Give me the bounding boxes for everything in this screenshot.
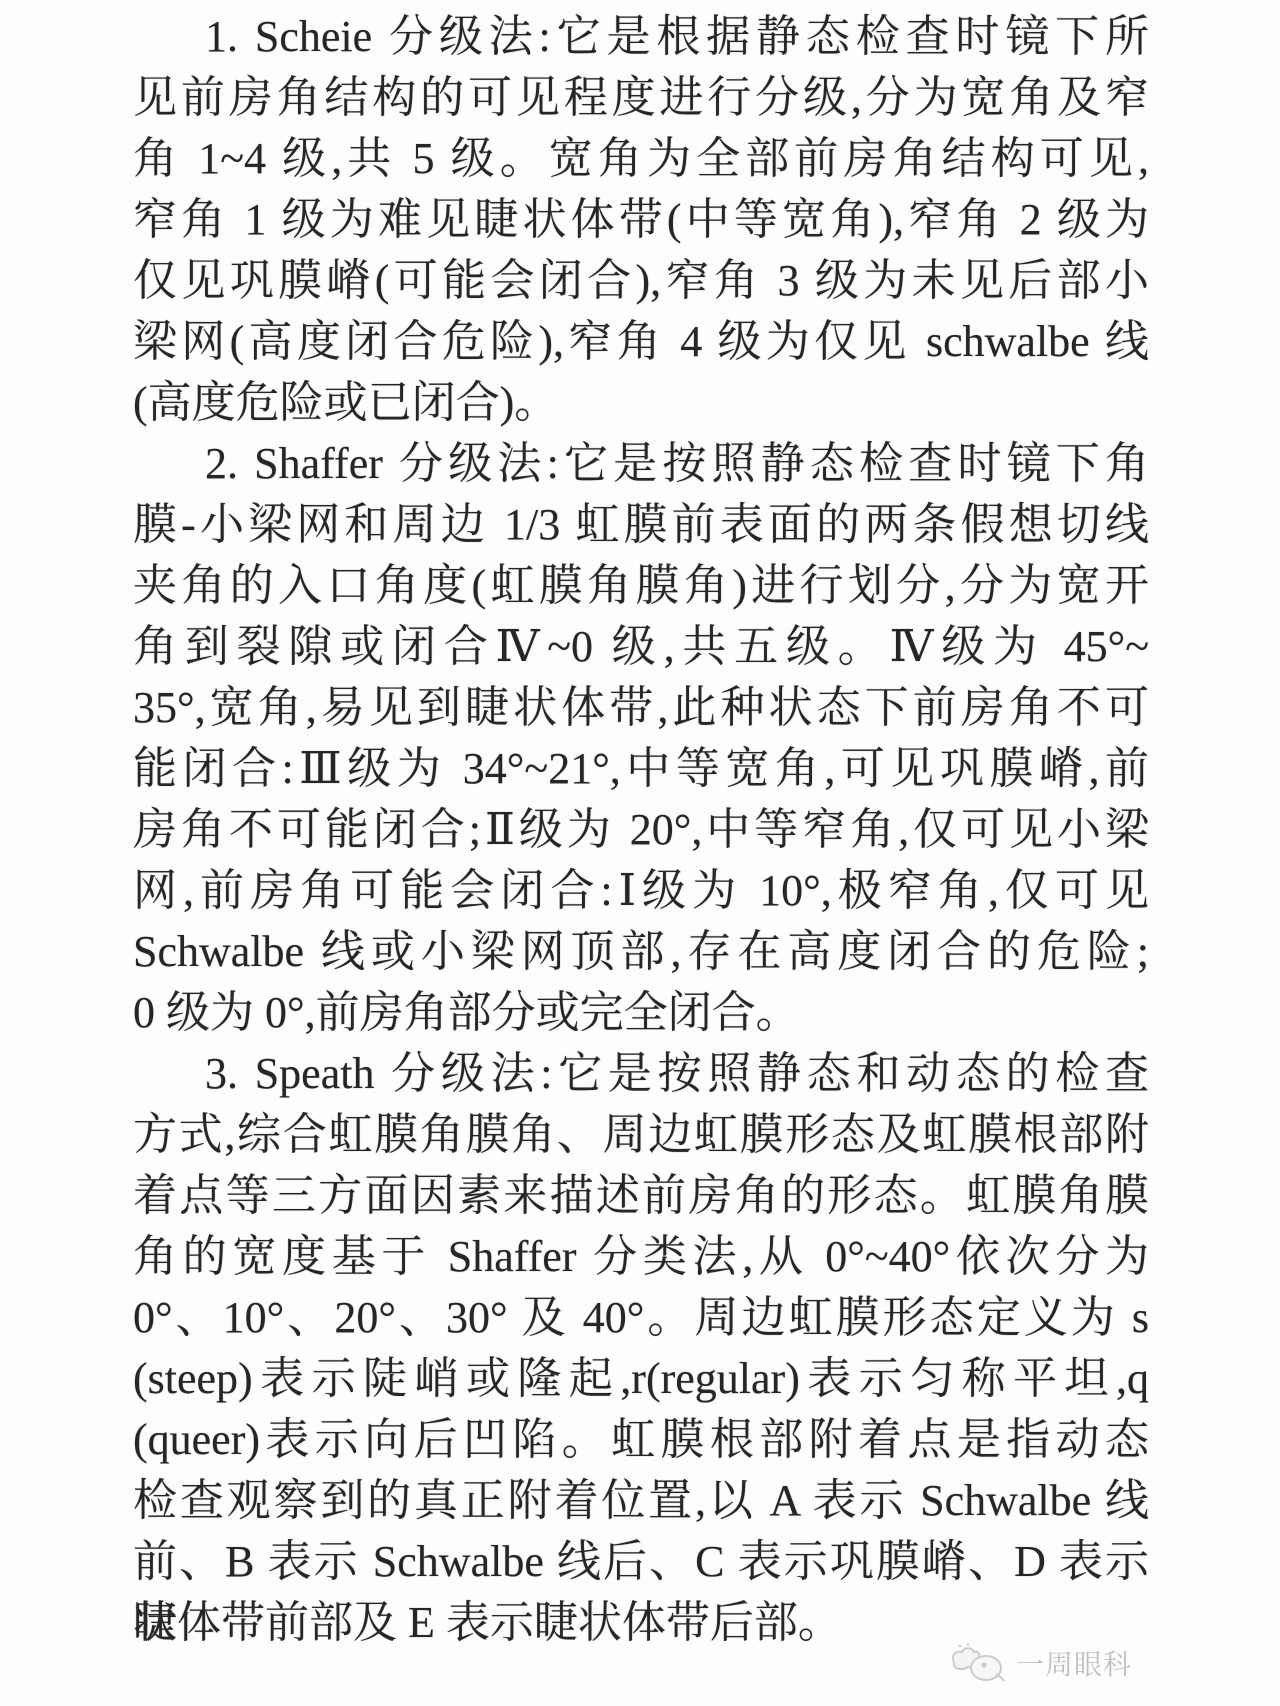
eye-mascot-icon	[948, 1642, 1006, 1684]
text-line: 35°,宽角,易见到睫状体带,此种状态下前房角不可	[133, 677, 1149, 738]
text-line: 检查观察到的真正附着位置,以 A 表示 Schwalbe 线	[133, 1470, 1149, 1531]
text-line: 见前房角结构的可见程度进行分级,分为宽角及窄	[133, 67, 1149, 128]
text-line: 0 级为 0°,前房角部分或完全闭合。	[133, 982, 1149, 1043]
text-line: 着点等三方面因素来描述前房角的形态。虹膜角膜	[133, 1165, 1149, 1226]
body-text: 1. Scheie 分级法:它是根据静态检查时镜下所见前房角结构的可见程度进行分…	[133, 6, 1149, 1653]
text-line: 3. Speath 分级法:它是按照静态和动态的检查	[133, 1043, 1149, 1104]
text-line: 方式,综合虹膜角膜角、周边虹膜形态及虹膜根部附	[133, 1104, 1149, 1165]
text-line: 房角不可能闭合;Ⅱ级为 20°,中等窄角,仅可见小梁	[133, 799, 1149, 860]
text-line: 1. Scheie 分级法:它是根据静态检查时镜下所	[133, 6, 1149, 67]
text-line: 能闭合:Ⅲ级为 34°~21°,中等宽角,可见巩膜嵴,前	[133, 738, 1149, 799]
text-line: 仅见巩膜嵴(可能会闭合),窄角 3 级为未见后部小	[133, 250, 1149, 311]
text-line: 网,前房角可能会闭合:Ⅰ级为 10°,极窄角,仅可见	[133, 860, 1149, 921]
text-line: 夹角的入口角度(虹膜角膜角)进行划分,分为宽开	[133, 555, 1149, 616]
text-line: 膜-小梁网和周边 1/3 虹膜前表面的两条假想切线	[133, 494, 1149, 555]
text-line: 窄角 1 级为难见睫状体带(中等宽角),窄角 2 级为	[133, 189, 1149, 250]
watermark: 一周眼科	[948, 1642, 1132, 1684]
text-line: 梁网(高度闭合危险),窄角 4 级为仅见 schwalbe 线	[133, 311, 1149, 372]
text-line: Schwalbe 线或小梁网顶部,存在高度闭合的危险;	[133, 921, 1149, 982]
text-line: 角 1~4 级,共 5 级。宽角为全部前房角结构可见,	[133, 128, 1149, 189]
text-line: (steep)表示陡峭或隆起,r(regular)表示匀称平坦,q	[133, 1348, 1149, 1409]
text-line: (高度危险或已闭合)。	[133, 372, 1149, 433]
text-line: 角到裂隙或闭合Ⅳ~0 级,共五级。Ⅳ级为 45°~	[133, 616, 1149, 677]
text-line: 角的宽度基于 Shaffer 分类法,从 0°~40°依次分为	[133, 1226, 1149, 1287]
text-line: (queer)表示向后凹陷。虹膜根部附着点是指动态	[133, 1409, 1149, 1470]
scanned-page: 1. Scheie 分级法:它是根据静态检查时镜下所见前房角结构的可见程度进行分…	[0, 0, 1280, 1706]
text-line: 0°、10°、20°、30° 及 40°。周边虹膜形态定义为 s	[133, 1287, 1149, 1348]
watermark-label: 一周眼科	[1016, 1643, 1132, 1683]
text-line: 前、B 表示 Schwalbe 线后、C 表示巩膜嵴、D 表示睫	[133, 1531, 1149, 1592]
text-line: 2. Shaffer 分级法:它是按照静态检查时镜下角	[133, 433, 1149, 494]
